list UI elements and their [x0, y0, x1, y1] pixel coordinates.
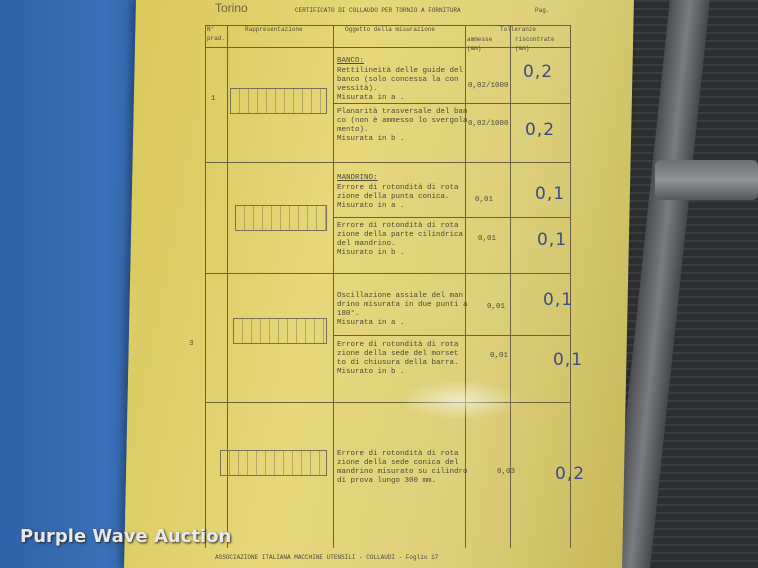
found-value: 0,2 — [525, 126, 555, 135]
measurement-text: Errore di rotondità di rota zione della … — [337, 222, 463, 258]
found-value: 0,1 — [543, 296, 573, 305]
found-value: 0,2 — [523, 68, 553, 77]
spindle-sketch — [235, 205, 327, 231]
admitted-value: 0,01 — [490, 352, 508, 361]
page-label: Pag. — [535, 6, 549, 15]
plastic-glare — [400, 380, 520, 420]
admitted-value: 0,01 — [475, 196, 493, 205]
admitted-value: 0,01 — [487, 303, 505, 312]
found-value: 0,1 — [535, 190, 565, 199]
section-title: BANCO: — [337, 57, 364, 66]
grid-line — [333, 335, 570, 336]
t-handle-wrench — [655, 160, 758, 200]
row-number: 3 — [189, 340, 194, 349]
col-header-object: Oggetto della misurazione — [345, 25, 465, 48]
measurement-text: Errore di rotondità di rota zione della … — [337, 450, 468, 486]
found-value: 0,1 — [553, 356, 583, 365]
measurement-text: Planarità trasversale del ban co (non è … — [337, 108, 468, 144]
admitted-value: 0,02/1000 — [468, 120, 509, 129]
document-header: CERTIFICATO DI COLLAUDO PER TORNIO A FOR… — [205, 0, 570, 26]
grid-line — [205, 273, 570, 274]
admitted-value: 0,03 — [497, 468, 515, 477]
measurement-text: Rettilineità delle guide del banco (solo… — [337, 67, 463, 103]
grid-line — [205, 47, 570, 48]
inspection-certificate: Torino CERTIFICATO DI COLLAUDO PER TORNI… — [175, 0, 570, 568]
grid-line — [333, 103, 570, 104]
watermark: Purple Wave Auction — [20, 526, 231, 547]
lathe-sketch — [220, 450, 327, 476]
spindle-axial-sketch — [233, 318, 327, 344]
grid-line — [205, 162, 570, 163]
document-footer: ASSOCIAZIONE ITALIANA MACCHINE UTENSILI … — [215, 553, 438, 562]
document-title: CERTIFICATO DI COLLAUDO PER TORNIO A FOR… — [295, 6, 461, 15]
measurement-text: Errore di rotondità di rota zione della … — [337, 341, 459, 377]
found-value: 0,2 — [555, 470, 585, 479]
measurement-text: Oscillazione assiale del man drino misur… — [337, 292, 468, 328]
col-header-representation: Rappresentazione — [245, 25, 335, 48]
found-value: 0,1 — [537, 236, 567, 245]
row-number: 1 — [211, 95, 216, 104]
section-title: MANDRINO: — [337, 174, 378, 183]
grid-line — [205, 25, 206, 548]
bed-sketch — [230, 88, 327, 114]
measurement-text: Errore di rotondità di rota zione della … — [337, 184, 459, 211]
admitted-value: 0,02/1000 — [468, 82, 509, 91]
admitted-value: 0,01 — [478, 235, 496, 244]
col-header-num: N° prad. — [207, 25, 227, 48]
grid-line — [333, 217, 570, 218]
